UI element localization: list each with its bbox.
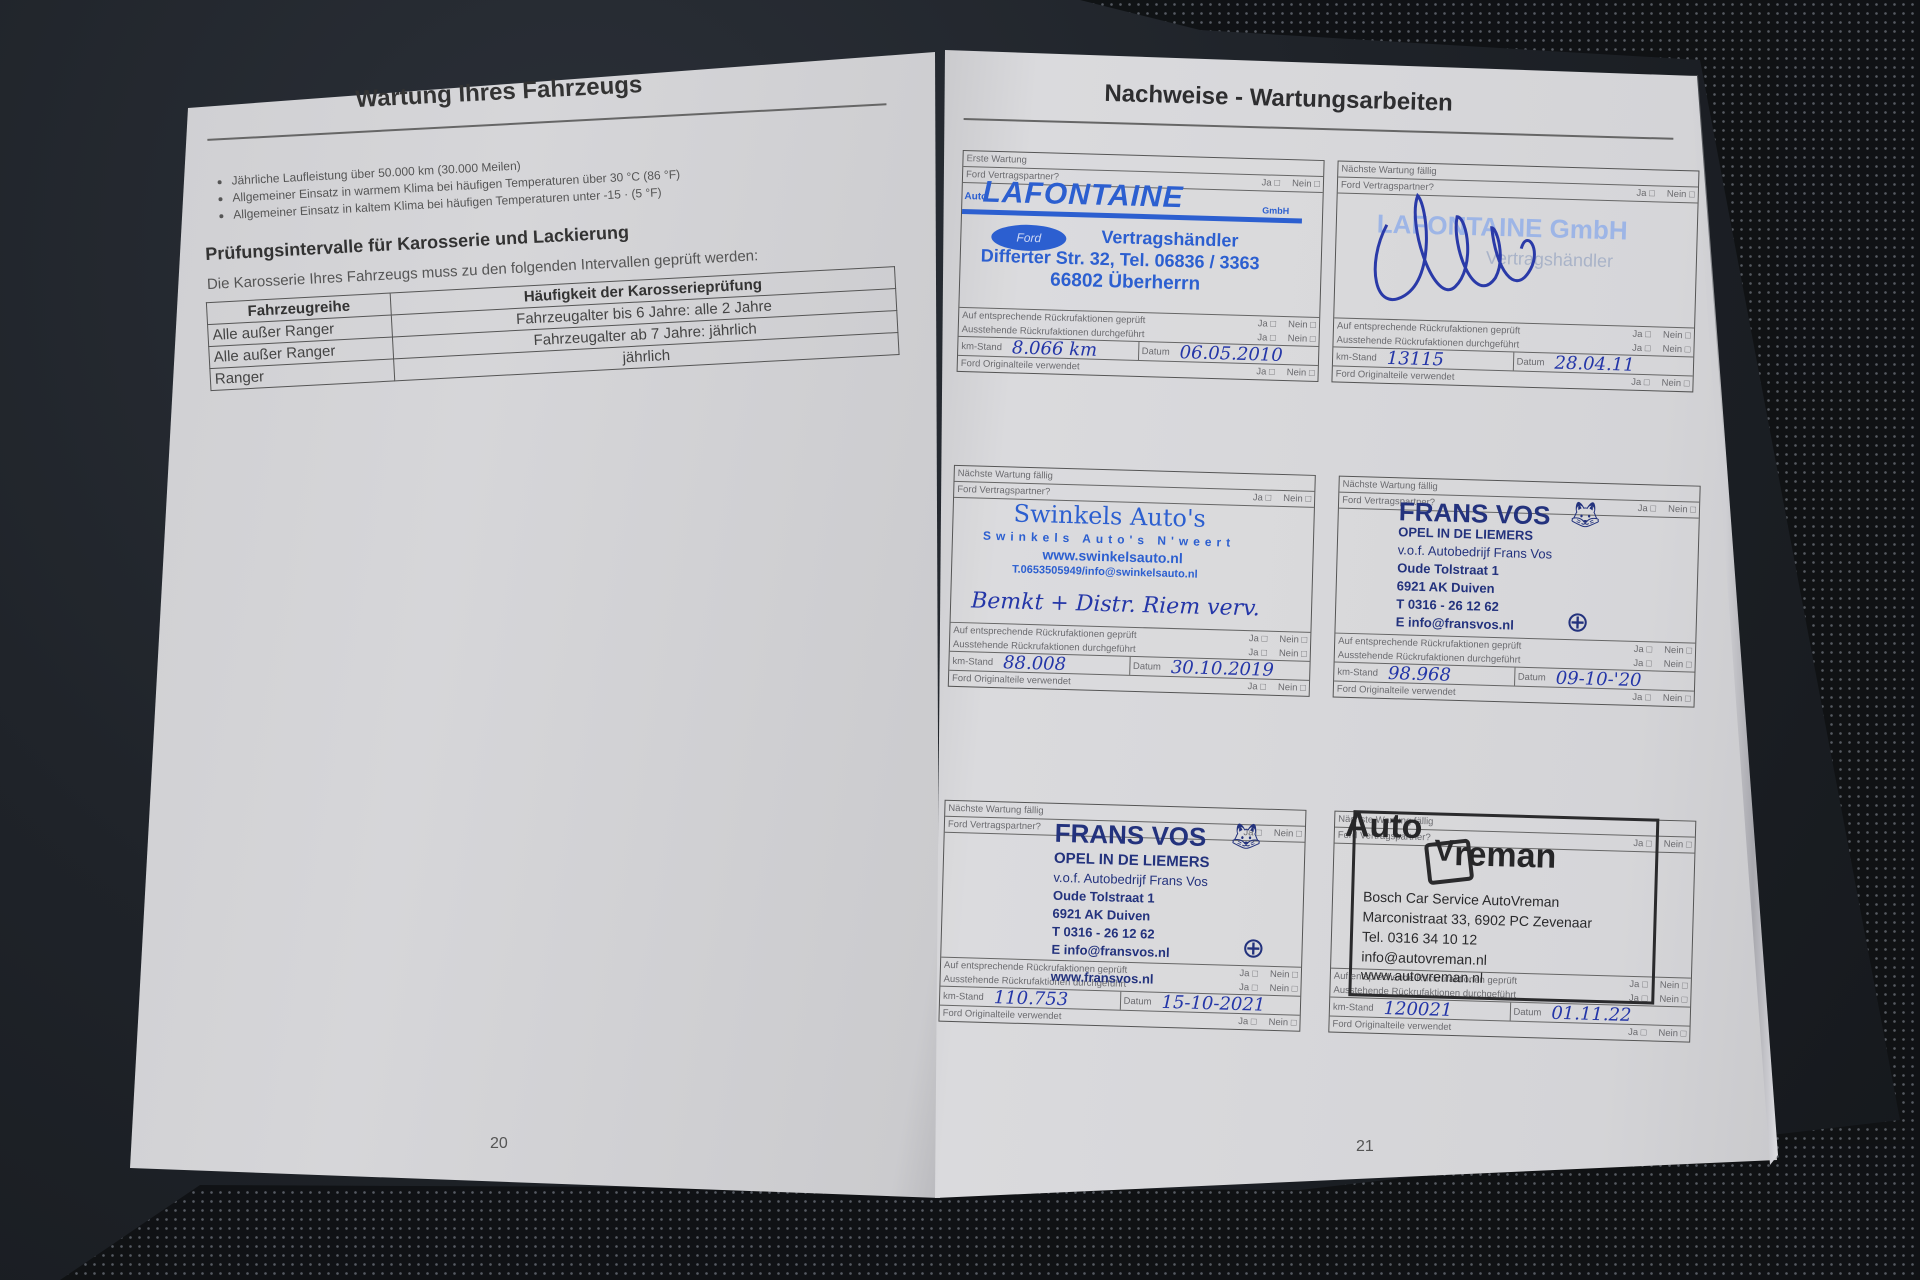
- handwritten-note: Bemkt + Distr. Riem verv.: [971, 588, 1260, 621]
- no-checkbox[interactable]: Nein: [1661, 378, 1689, 390]
- no-checkbox[interactable]: Nein: [1663, 693, 1691, 705]
- stamp-text: 6921 AK Duiven: [1052, 906, 1150, 924]
- dealer-stamp-name: LAFONTAINE: [982, 176, 1184, 216]
- entry-header-label: Nächste Wartung fällig: [948, 803, 1043, 817]
- genuine-parts-label: Ford Originalteile verwendet: [952, 673, 1071, 687]
- no-checkbox[interactable]: Nein: [1292, 178, 1320, 190]
- yes-checkbox[interactable]: Ja: [1257, 332, 1276, 344]
- no-checkbox[interactable]: Nein: [1278, 682, 1306, 694]
- date-label: Datum: [1516, 356, 1544, 368]
- no-checkbox[interactable]: Nein: [1279, 633, 1307, 645]
- entry-header-label: Nächste Wartung fällig: [1341, 164, 1436, 178]
- genuine-parts-label: Ford Originalteile verwendet: [1336, 368, 1455, 382]
- stamp-text: www.swinkelsauto.nl: [1042, 546, 1183, 566]
- stamp-text: Oude Tolstraat 1: [1053, 888, 1155, 906]
- km-value: 120021: [1383, 998, 1452, 1021]
- genuine-parts-label: Ford Originalteile verwendet: [943, 1008, 1062, 1022]
- stamp-text: OPEL IN DE LIEMERS: [1054, 850, 1210, 871]
- yes-checkbox[interactable]: Ja: [1629, 978, 1648, 990]
- km-value: 88.008: [1003, 652, 1067, 675]
- stamp-area: Auto LAFONTAINE GmbH Ford Vertragshändle…: [959, 183, 1322, 318]
- page-number-right: 21: [1356, 1138, 1374, 1156]
- entry-header-label: Nächste Wartung fällig: [1342, 479, 1437, 493]
- no-checkbox[interactable]: Nein: [1662, 343, 1690, 355]
- yes-checkbox[interactable]: Ja: [1636, 188, 1655, 200]
- km-label: km-Stand: [1333, 1001, 1374, 1013]
- stamp-area: FRANS VOS 🦊︎ OPEL IN DE LIEMERS v.o.f. A…: [1335, 509, 1698, 644]
- stamp-area: Auto V reman Bosch Car Service AutoVrema…: [1331, 844, 1694, 979]
- stamp-text: GmbH: [1262, 205, 1289, 216]
- no-checkbox[interactable]: Nein: [1288, 333, 1316, 345]
- km-label: km-Stand: [943, 990, 984, 1002]
- yes-checkbox[interactable]: Ja: [1632, 328, 1651, 340]
- service-entry-2: Nächste Wartung fällig Ford Vertragspart…: [1331, 160, 1699, 392]
- km-label: km-Stand: [952, 655, 993, 667]
- no-checkbox[interactable]: Nein: [1660, 979, 1688, 991]
- km-label: km-Stand: [961, 341, 1002, 353]
- yes-checkbox[interactable]: Ja: [1249, 633, 1268, 645]
- yes-checkbox[interactable]: Ja: [1632, 692, 1651, 704]
- yes-checkbox[interactable]: Ja: [1247, 681, 1266, 693]
- entry-header-label: Nächste Wartung fällig: [958, 468, 1053, 482]
- no-checkbox[interactable]: Nein: [1668, 504, 1696, 516]
- stamp-text: OPEL IN DE LIEMERS: [1398, 524, 1533, 543]
- opel-logo-icon: ⊕: [1565, 605, 1589, 639]
- yes-checkbox[interactable]: Ja: [1256, 366, 1275, 378]
- yes-checkbox[interactable]: Ja: [1637, 503, 1656, 515]
- opel-logo-icon: ⊕: [1241, 931, 1265, 965]
- yes-checkbox[interactable]: Ja: [1634, 643, 1653, 655]
- yes-checkbox[interactable]: Ja: [1239, 968, 1258, 980]
- stamp-text: Tel. 0316 34 10 12: [1362, 928, 1478, 947]
- stamp-text: T 0316 - 26 12 62: [1052, 924, 1155, 942]
- yes-checkbox[interactable]: Ja: [1628, 1027, 1647, 1039]
- date-label: Datum: [1142, 346, 1170, 358]
- no-checkbox[interactable]: Nein: [1268, 1017, 1296, 1029]
- stamp-text: www.fransvos.nl: [1051, 969, 1154, 987]
- km-value: 8.066 km: [1012, 337, 1098, 360]
- yes-checkbox[interactable]: Ja: [1238, 1016, 1257, 1028]
- no-checkbox[interactable]: Nein: [1659, 993, 1687, 1005]
- no-checkbox[interactable]: Nein: [1664, 839, 1692, 851]
- stamp-area: FRANS VOS 🦊︎ OPEL IN DE LIEMERS v.o.f. A…: [941, 833, 1304, 968]
- date-label: Datum: [1123, 995, 1151, 1007]
- date-value: 01.11.22: [1551, 1002, 1632, 1025]
- stamp-text: T.0653505949/info@swinkelsauto.nl: [1012, 564, 1198, 581]
- no-checkbox[interactable]: Nein: [1664, 644, 1692, 656]
- dealer-stamp-name: FRANS VOS: [1054, 818, 1206, 853]
- genuine-parts-label: Ford Originalteile verwendet: [1337, 684, 1456, 698]
- stamp-text: E info@fransvos.nl: [1051, 942, 1170, 960]
- stamp-text: 6921 AK Duiven: [1397, 578, 1495, 596]
- fox-logo-icon: 🦊︎: [1568, 499, 1602, 531]
- dealer-stamp-name: Swinkels Auto's: [1013, 500, 1206, 533]
- no-checkbox[interactable]: Nein: [1283, 493, 1311, 505]
- dealer-stamp-name-auto: Auto: [1345, 806, 1423, 847]
- signature-scribble-icon: [1354, 184, 1558, 330]
- service-entry-1: Erste Wartung Ford Vertragspartner?JaNei…: [957, 150, 1325, 382]
- genuine-parts-label: Ford Originalteile verwendet: [1332, 1019, 1451, 1033]
- yes-checkbox[interactable]: Ja: [1631, 377, 1650, 389]
- yes-checkbox[interactable]: Ja: [1253, 492, 1272, 504]
- date-value: 30.10.2019: [1171, 656, 1275, 680]
- entry-header-label: Erste Wartung: [966, 153, 1027, 166]
- date-label: Datum: [1133, 660, 1161, 672]
- stamp-text: Oude Tolstraat 1: [1397, 560, 1499, 578]
- partner-label: Ford Vertragspartner?: [948, 819, 1041, 833]
- stamp-text: Vertragshändler: [1101, 227, 1239, 252]
- stamp-text: www.autovreman.nl: [1361, 966, 1484, 985]
- yes-checkbox[interactable]: Ja: [1632, 342, 1651, 354]
- service-entry-3: Nächste Wartung fällig Ford Vertragspart…: [948, 465, 1316, 697]
- partner-label: Ford Vertragspartner?: [957, 484, 1050, 498]
- yes-checkbox[interactable]: Ja: [1261, 177, 1280, 189]
- km-value: 110.753: [993, 987, 1068, 1010]
- genuine-parts-label: Ford Originalteile verwendet: [961, 358, 1080, 372]
- km-label: km-Stand: [1336, 351, 1377, 363]
- km-value: 98.968: [1388, 663, 1452, 686]
- stamp-text: v.o.f. Autobedrijf Frans Vos: [1398, 542, 1553, 561]
- page-number-left: 20: [490, 1135, 508, 1153]
- fox-logo-icon: 🦊︎: [1229, 821, 1263, 853]
- stamp-area: Swinkels Auto's Swinkels Auto's N'weert …: [951, 498, 1314, 633]
- date-label: Datum: [1518, 671, 1546, 683]
- stamp-text: v.o.f. Autobedrijf Frans Vos: [1053, 870, 1208, 889]
- date-label: Datum: [1513, 1006, 1541, 1018]
- no-checkbox[interactable]: Nein: [1288, 319, 1316, 331]
- no-checkbox[interactable]: Nein: [1279, 647, 1307, 659]
- no-checkbox[interactable]: Nein: [1667, 189, 1695, 201]
- km-label: km-Stand: [1337, 666, 1378, 678]
- no-checkbox[interactable]: Nein: [1274, 828, 1302, 840]
- no-checkbox[interactable]: Nein: [1663, 329, 1691, 341]
- yes-checkbox[interactable]: Ja: [1258, 318, 1277, 330]
- yes-checkbox[interactable]: Ja: [1248, 647, 1267, 659]
- date-value: 28.04.11: [1554, 352, 1635, 375]
- stamp-text: E info@fransvos.nl: [1396, 614, 1515, 632]
- stamp-text: T 0316 - 26 12 62: [1396, 596, 1499, 614]
- no-checkbox[interactable]: Nein: [1269, 982, 1297, 994]
- no-checkbox[interactable]: Nein: [1270, 968, 1298, 980]
- stamp-text: 66802 Überherrn: [1050, 269, 1201, 295]
- stamp-logo-v: V: [1434, 834, 1455, 869]
- no-checkbox[interactable]: Nein: [1664, 658, 1692, 670]
- yes-checkbox[interactable]: Ja: [1239, 982, 1258, 994]
- stamp-area: LAFONTAINE GmbH Vertragshändler: [1334, 193, 1697, 328]
- dealer-stamp-name-reman: reman: [1454, 835, 1557, 877]
- service-entry-4: Nächste Wartung fällig Ford Vertragspart…: [1333, 476, 1701, 708]
- date-value: 09-10-'20: [1555, 667, 1641, 690]
- date-value: 06.05.2010: [1179, 342, 1283, 366]
- no-checkbox[interactable]: Nein: [1287, 367, 1315, 379]
- service-entry-5: Nächste Wartung fällig Ford Vertragspart…: [938, 800, 1306, 1032]
- km-value: 13115: [1386, 347, 1444, 370]
- yes-checkbox[interactable]: Ja: [1633, 657, 1652, 669]
- no-checkbox[interactable]: Nein: [1658, 1028, 1686, 1040]
- service-entry-6: Nächste Wartung fällig Ford Vertragspart…: [1328, 811, 1696, 1043]
